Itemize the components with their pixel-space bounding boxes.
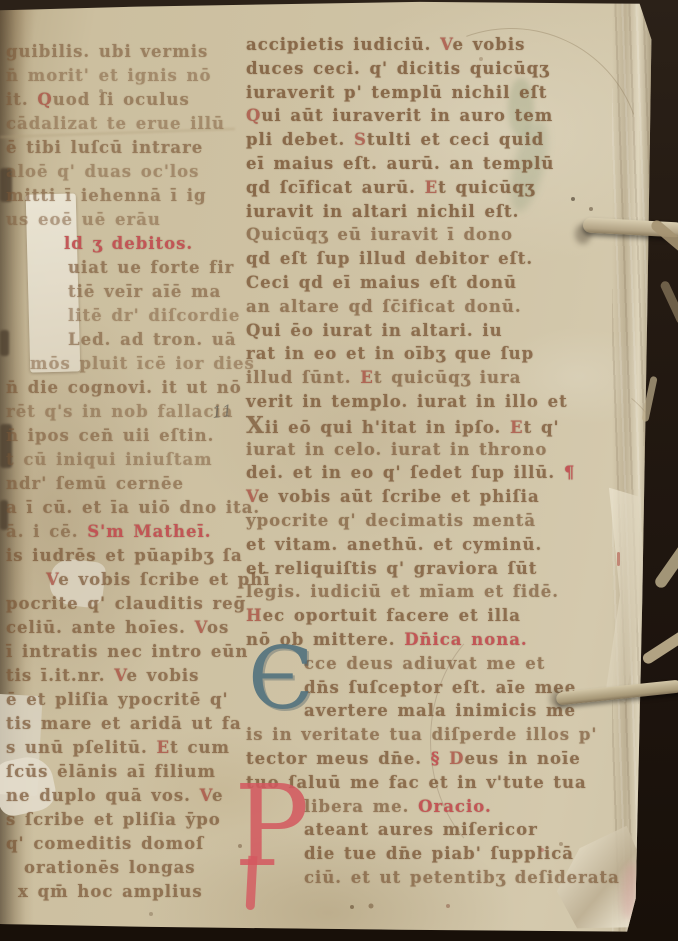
body-text: ypocrite q' decimatis mentā	[246, 511, 536, 530]
body-text: V	[200, 786, 212, 805]
body-text: E	[157, 738, 171, 757]
body-text: V	[195, 618, 207, 637]
body-text: e vobis aūt ſcribe et phiſia	[258, 487, 539, 506]
text-line: accipietis iudiciū. Ve vobis	[246, 33, 548, 57]
manuscript-photo: guibilis. ubi vermisn̄ morit' et ignis n…	[0, 0, 678, 941]
body-text: eus in noīe	[464, 749, 580, 768]
body-text: V	[246, 487, 258, 506]
text-line: ld ʒ debitos.	[6, 232, 244, 256]
text-line: ndr' ſemū cernēe	[6, 472, 244, 496]
body-text: iurat in celo. iurat in throno	[246, 440, 547, 459]
body-text: x qm̄ hoc amplius	[18, 882, 203, 901]
text-line: x qm̄ hoc amplius	[6, 880, 244, 904]
text-line: rēt q's in nob fallacia	[6, 400, 244, 424]
body-text: n̄ ipos cen̄ uii eſtin.	[6, 426, 214, 445]
text-line: litē dr' diſcordie	[6, 304, 244, 328]
body-text: t cū iniqui iniuſtam	[6, 450, 213, 469]
text-line: n̄ ipos cen̄ uii eſtin.	[6, 424, 244, 448]
body-text: guibilis. ubi vermis	[6, 42, 208, 61]
body-text: a ī cū. et īa uiō dno ita.	[6, 498, 260, 517]
illuminated-initial-p: P	[234, 784, 309, 871]
text-line: orationēs longas	[6, 856, 244, 880]
body-text: Ceci qd eī maius eſt donū	[246, 273, 517, 292]
text-line: mitti ī iehennā ī ig	[6, 184, 244, 208]
ink-specks	[0, 0, 2, 2]
text-line: tis ī.it.nr. Ve vobis	[6, 664, 244, 688]
body-text: libera me.	[304, 797, 418, 816]
body-text: ē et pliſia ypocritē q'	[6, 690, 229, 709]
body-text: die tue dn̄e piab' ſupplicā	[304, 844, 574, 863]
body-text: ne duplo quā vos.	[6, 786, 200, 805]
text-line: illud ſūnt. Et quicūqʒ iura	[246, 366, 548, 390]
body-text: Quicūqʒ eū iuravit ī dono	[246, 225, 513, 244]
text-line: iurat in celo. iurat in throno	[246, 438, 548, 462]
body-text: n̄ morit' et ignis nō	[6, 66, 212, 85]
body-text: cce deus adiuvat me et	[304, 654, 545, 673]
text-line: Quicūqʒ eū iuravit ī dono	[246, 223, 548, 247]
body-text: t q'	[524, 418, 560, 437]
binding-tie	[659, 280, 678, 325]
text-line: n̄ morit' et ignis nō	[6, 64, 244, 88]
body-text: S	[354, 130, 367, 149]
body-text: ii eō qui h'itat in ipſo.	[265, 418, 510, 437]
body-text: ciū. et ut petentibʒ deſiderata	[304, 868, 620, 887]
text-line: duces ceci. q' dicitis quicūqʒ	[246, 57, 548, 81]
body-text: mōs pluit īcē ior dies	[30, 354, 255, 373]
text-line: Qui ēo iurat in altari. iu	[246, 319, 548, 343]
body-text: E	[360, 368, 374, 387]
body-text: os	[207, 618, 229, 637]
body-text: ī intratis nec intro eūn	[6, 642, 248, 661]
body-text: tis mare et aridā ut fa	[6, 714, 242, 733]
body-text: iuravit in altari nichil eſt.	[246, 202, 519, 221]
text-line: is iudrēs et pūapibʒ ſa	[6, 544, 244, 568]
text-line: cādalizat te erue illū	[6, 112, 244, 136]
text-line: uiat ue forte fir	[6, 256, 244, 280]
text-line: et vitam. anethū. et cyminū.	[246, 533, 548, 557]
body-text: ē tibi luſcū intrare	[6, 138, 203, 157]
body-text: ā. i cē.	[6, 522, 87, 541]
body-text: H	[246, 606, 263, 625]
text-line: Ve vobis ſcribe et phī	[6, 568, 244, 592]
body-text: t quicūqʒ iura	[374, 368, 522, 387]
text-line: celiū. ante hoīes. Vos	[6, 616, 244, 640]
body-text: it.	[6, 90, 37, 109]
text-line: n̄ die cognovi. it ut nō	[6, 376, 244, 400]
text-line: pli debet. Stulti et ceci quid	[246, 128, 548, 152]
body-text: uod ſi oculus	[53, 90, 190, 109]
body-text: duces ceci. q' dicitis quicūqʒ	[246, 59, 550, 78]
text-line: ſcūs ēlānis aī filium	[6, 760, 244, 784]
body-text: rēt q's in nob fallacia	[6, 402, 234, 421]
text-line: legis. iudiciū et mīam et fidē.	[246, 580, 548, 604]
text-line: dei. et in eo q' ſedet ſup illū. ¶	[246, 461, 548, 485]
body-text: e vobis ſcribe et phī	[58, 570, 270, 589]
body-text: an altare qd ſc̄ificat donū.	[246, 297, 522, 316]
body-text: accipietis iudiciū.	[246, 35, 440, 54]
binding-tie-tail	[641, 617, 678, 665]
text-line: Qui aūt iuraverit in auro tem	[246, 104, 548, 128]
body-text: legis. iudiciū et mīam et fidē.	[246, 582, 559, 601]
text-line: Xii eō qui h'itat in ipſo. Et q'	[246, 414, 548, 438]
binding-tie	[653, 534, 678, 590]
body-text: et vitam. anethū. et cyminū.	[246, 535, 542, 554]
body-text: s unū pſelitū.	[6, 738, 157, 757]
body-text: tiē veīr aīē ma	[68, 282, 221, 301]
text-line: Ve vobis aūt ſcribe et phiſia	[246, 485, 548, 509]
text-line: tiē veīr aīē ma	[6, 280, 244, 304]
text-line: Led. ad tron. uā	[6, 328, 244, 352]
body-text: ateant aures miſericor	[304, 820, 538, 839]
body-text: pocrite q' clauditis reḡ	[6, 594, 246, 613]
rubric-text: §	[431, 749, 449, 768]
body-text: illud ſūnt.	[246, 368, 360, 387]
manuscript-page: guibilis. ubi vermisn̄ morit' et ignis n…	[0, 0, 656, 941]
text-line: us eoē uē erāu	[6, 208, 244, 232]
gutter-annotation: 11	[211, 401, 233, 422]
body-text: ui aūt iuraverit in auro tem	[261, 106, 553, 125]
text-line: ī intratis nec intro eūn	[6, 640, 244, 664]
body-text: ndr' ſemū cernēe	[6, 474, 184, 493]
body-text: t cum	[170, 738, 230, 757]
body-text: s ſcribe et pliſia ȳpo	[6, 810, 221, 829]
text-line: q' comeditis domoſ	[6, 832, 244, 856]
body-text: qd ſcīficat aurū.	[246, 178, 425, 197]
text-line: rat in eo et in oībʒ que ſup	[246, 342, 548, 366]
rubric-text: ¶	[564, 463, 576, 482]
body-text: V	[114, 666, 126, 685]
body-text: X	[246, 412, 265, 439]
body-text: cādalizat te erue illū	[6, 114, 225, 133]
body-text: orationēs longas	[24, 858, 196, 877]
body-text: e vobis	[452, 35, 525, 54]
text-line: ā. i cē. S'm Matheī.	[6, 520, 244, 544]
body-text: iuraverit p' templū nichil eſt	[246, 83, 547, 102]
body-text: qd eſt ſup illud debitor eſt.	[246, 249, 533, 268]
body-text: us eoē uē erāu	[6, 210, 161, 229]
text-line: Ceci qd eī maius eſt donū	[246, 271, 548, 295]
body-text: is iudrēs et pūapibʒ ſa	[6, 546, 243, 565]
text-line: ypocrite q' decimatis mentā	[246, 509, 548, 533]
rubric-text: S'm Matheī.	[87, 522, 211, 541]
text-line: Hec oportuit facere et illa	[246, 604, 548, 628]
body-text: e	[212, 786, 224, 805]
text-line: mōs pluit īcē ior dies	[6, 352, 244, 376]
body-text: ec oportuit facere et illa	[263, 606, 521, 625]
initial-p-descender	[246, 856, 258, 910]
rubric-text: Dn̄ica nona.	[404, 630, 528, 649]
body-text: verit in templo. iurat in illo et	[246, 392, 568, 411]
body-text: E	[425, 178, 439, 197]
body-text: q' comeditis domoſ	[6, 834, 204, 853]
body-text: tis ī.it.nr.	[6, 666, 114, 685]
rubric-text: ld ʒ debitos.	[64, 234, 193, 253]
text-line: s unū pſelitū. Et cum	[6, 736, 244, 760]
rubric-text: Oracio.	[418, 797, 492, 816]
text-line: iuraverit p' templū nichil eſt	[246, 81, 548, 105]
body-text: litē dr' diſcordie	[68, 306, 240, 325]
body-text: pli debet.	[246, 130, 354, 149]
body-text: aloē q' duas oc'los	[6, 162, 199, 181]
body-text: rat in eo et in oībʒ que ſup	[246, 344, 534, 363]
body-text: tulti et ceci quid	[367, 130, 544, 149]
text-line: tis mare et aridā ut fa	[6, 712, 244, 736]
text-line: ē et pliſia ypocritē q'	[6, 688, 244, 712]
text-line: verit in templo. iurat in illo et	[246, 390, 548, 414]
body-text: E	[510, 418, 524, 437]
text-line: qd ſcīficat aurū. Et quicūqʒ	[246, 176, 548, 200]
text-line: eī maius eſt. aurū. an templū	[246, 152, 548, 176]
text-line: iuravit in altari nichil eſt.	[246, 200, 548, 224]
body-text: n̄ die cognovi. it ut nō	[6, 378, 242, 397]
body-text: uiat ue forte fir	[68, 258, 234, 277]
text-line: aloē q' duas oc'los	[6, 160, 244, 184]
text-line: an altare qd ſc̄ificat donū.	[246, 295, 548, 319]
body-text: mitti ī iehennā ī ig	[6, 186, 207, 205]
text-line: ē tibi luſcū intrare	[6, 136, 244, 160]
body-text: e vobis	[127, 666, 200, 685]
text-line: qd eſt ſup illud debitor eſt.	[246, 247, 548, 271]
body-text: celiū. ante hoīes.	[6, 618, 195, 637]
text-line: ne duplo quā vos. Ve	[6, 784, 244, 808]
text-line: guibilis. ubi vermis	[6, 40, 244, 64]
body-text: dei. et in eo q' ſedet ſup illū.	[246, 463, 564, 482]
body-text: et reliquiſtis q' graviora ſūt	[246, 559, 537, 578]
text-line: a ī cū. et īa uiō dno ita.	[6, 496, 244, 520]
body-text: Q	[37, 90, 52, 109]
body-text: V	[46, 570, 58, 589]
body-text: Qui ēo iurat in altari. iu	[246, 321, 503, 340]
body-text: V	[440, 35, 452, 54]
body-text: Q	[246, 106, 261, 125]
text-line: pocrite q' clauditis reḡ	[6, 592, 244, 616]
body-text: eī maius eſt. aurū. an templū	[246, 154, 554, 173]
illuminated-initial-e: Є	[248, 643, 314, 716]
body-text: dn̄s ſuſceptor eſt. aīe mee	[304, 678, 576, 697]
body-text: t quicūqʒ	[438, 178, 535, 197]
text-line: it. Quod ſi oculus	[6, 88, 244, 112]
text-line: t cū iniqui iniuſtam	[6, 448, 244, 472]
body-text: Led. ad tron. uā	[68, 330, 237, 349]
text-column-left: guibilis. ubi vermisn̄ morit' et ignis n…	[6, 40, 244, 904]
text-line: s ſcribe et pliſia ȳpo	[6, 808, 244, 832]
body-text: D	[449, 749, 464, 768]
body-text: avertere mala inimicis me	[304, 701, 576, 720]
body-text: ſcūs ēlānis aī filium	[6, 762, 216, 781]
text-line: et reliquiſtis q' graviora ſūt	[246, 557, 548, 581]
